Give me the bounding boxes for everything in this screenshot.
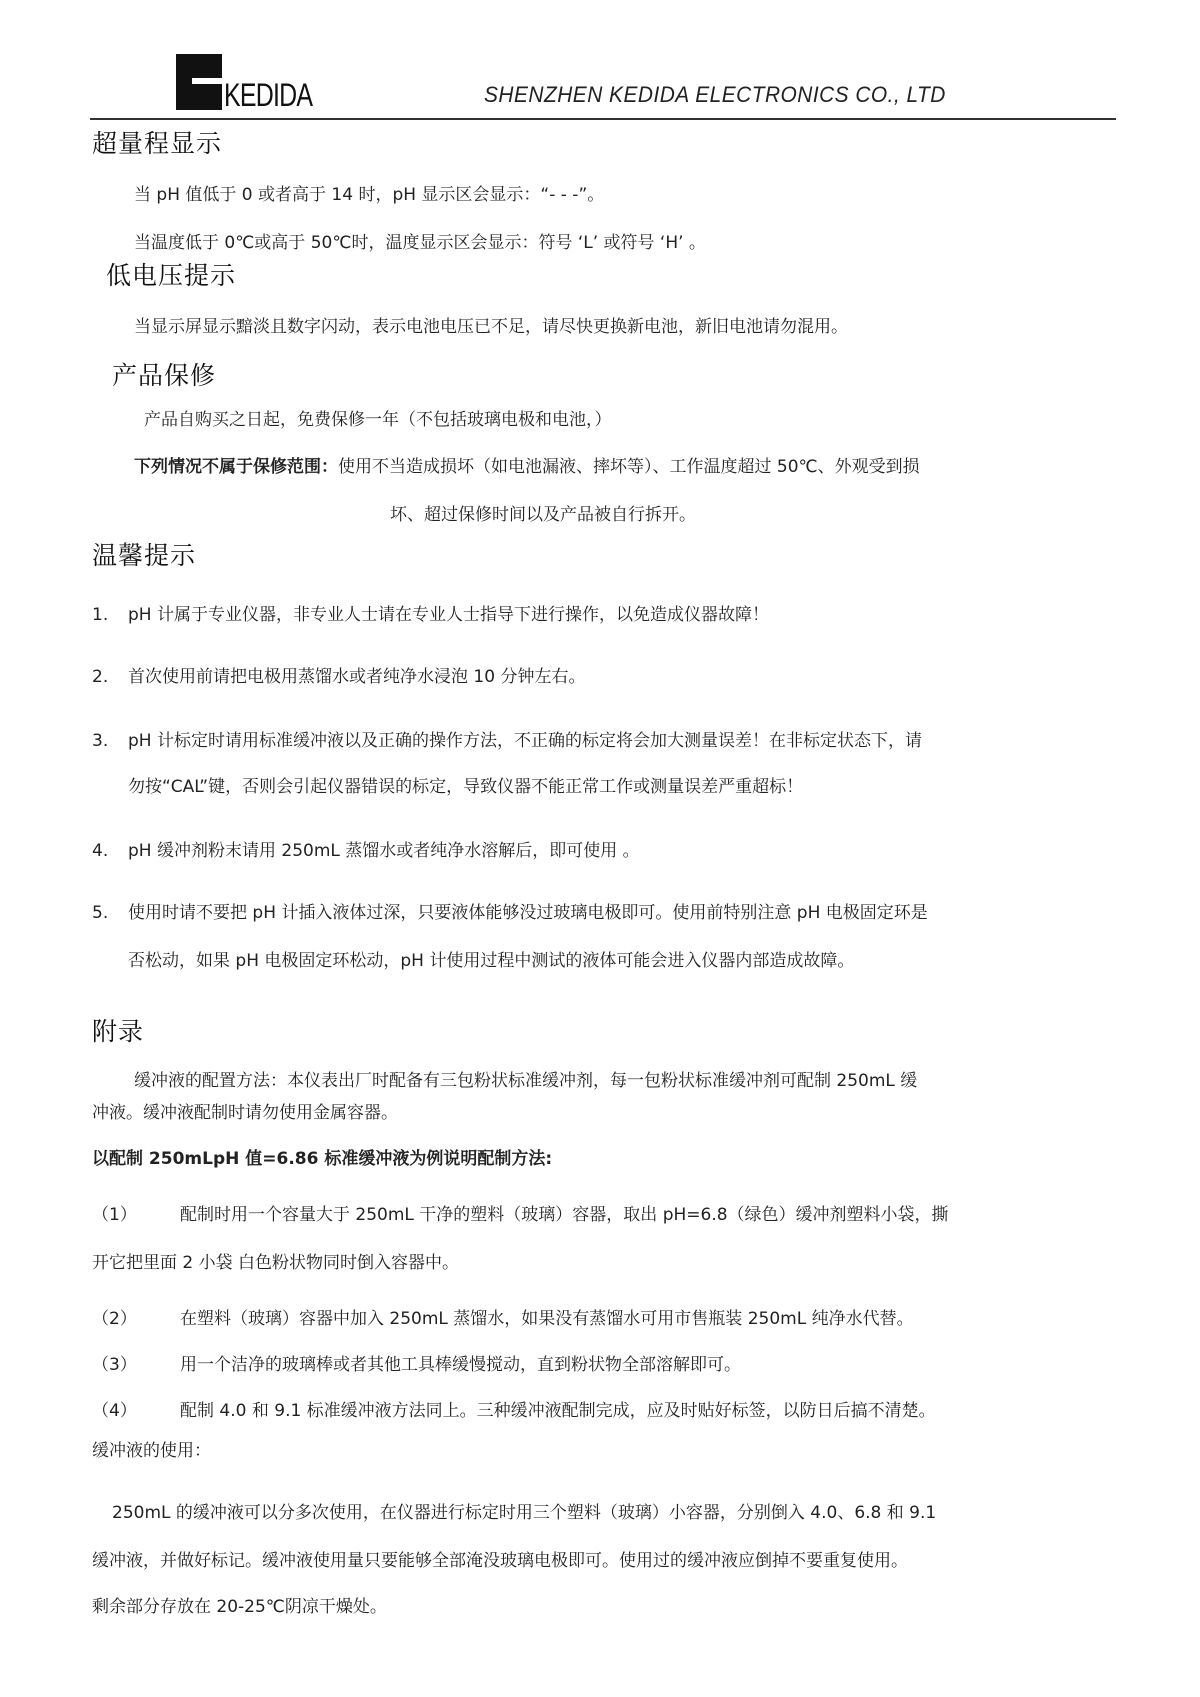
tip-text: pH 计属于专业仪器，非专业人士请在专业人士指导下进行操作，以免造成仪器故障！ bbox=[128, 605, 769, 625]
section-title-warranty: 产品保修 bbox=[112, 356, 216, 392]
appendix-intro-line-2: 冲液。缓冲液配制时请勿使用金属容器。 bbox=[92, 1098, 398, 1123]
section-title-overrange: 超量程显示 bbox=[92, 124, 222, 160]
section-title-low-voltage: 低电压提示 bbox=[106, 256, 236, 292]
warranty-exclusion-text-2: 坏、超过保修时间以及产品被自行拆开。 bbox=[390, 500, 696, 525]
step-number: （4） bbox=[92, 1396, 180, 1421]
tip-number: 2. bbox=[92, 667, 128, 687]
logo-mark-top bbox=[176, 54, 222, 78]
section-title-appendix: 附录 bbox=[92, 1012, 144, 1048]
kedida-logo: KEDIDA bbox=[176, 54, 346, 110]
appendix-usage-line-1: 250mL 的缓冲液可以分多次使用，在仪器进行标定时用三个塑料（玻璃）小容器，分… bbox=[112, 1498, 936, 1523]
overrange-line-1: 当 pH 值低于 0 或者高于 14 时，pH 显示区会显示：“- - -”。 bbox=[134, 180, 604, 205]
appendix-intro-line-1: 缓冲液的配置方法：本仪表出厂时配备有三包粉状标准缓冲剂，每一包粉状标准缓冲剂可配… bbox=[134, 1066, 917, 1091]
warranty-exclusion: 下列情况不属于保修范围：使用不当造成损坏（如电池漏液、摔坏等）、工作温度超过 5… bbox=[134, 452, 920, 477]
logo-mark-bottom bbox=[176, 84, 222, 110]
tip-number: 5. bbox=[92, 903, 128, 923]
tip-number: 4. bbox=[92, 841, 128, 861]
appendix-usage-line-3: 剩余部分存放在 20-25℃阴凉干燥处。 bbox=[92, 1592, 387, 1617]
appendix-step-4: （4）配制 4.0 和 9.1 标准缓冲液方法同上。三种缓冲液配制完成，应及时贴… bbox=[92, 1396, 936, 1421]
low-voltage-line-1: 当显示屏显示黯淡且数字闪动，表示电池电压已不足，请尽快更换新电池，新旧电池请勿混… bbox=[134, 312, 848, 337]
warranty-line-1: 产品自购买之日起，免费保修一年（不包括玻璃电极和电池，） bbox=[144, 405, 612, 430]
tip-number: 3. bbox=[92, 731, 128, 751]
tip-item-5-line-2: 否松动，如果 pH 电极固定环松动，pH 计使用过程中测试的液体可能会进入仪器内… bbox=[128, 946, 854, 971]
tip-item-1: 1.pH 计属于专业仪器，非专业人士请在专业人士指导下进行操作，以免造成仪器故障… bbox=[92, 600, 769, 625]
step-number: （3） bbox=[92, 1350, 180, 1375]
appendix-step-3: （3）用一个洁净的玻璃棒或者其他工具棒缓慢搅动，直到粉状物全部溶解即可。 bbox=[92, 1350, 741, 1375]
tip-text: 使用时请不要把 pH 计插入液体过深，只要液体能够没过玻璃电极即可。使用前特别注… bbox=[128, 903, 928, 923]
appendix-step-1: （1）配制时用一个容量大于 250mL 干净的塑料（玻璃）容器，取出 pH=6.… bbox=[92, 1200, 949, 1225]
warranty-exclusion-text: 使用不当造成损坏（如电池漏液、摔坏等）、工作温度超过 50℃、外观受到损 bbox=[338, 457, 920, 477]
tip-text: 首次使用前请把电极用蒸馏水或者纯净水浸泡 10 分钟左右。 bbox=[128, 667, 585, 687]
appendix-usage-title: 缓冲液的使用： bbox=[92, 1436, 211, 1461]
warranty-exclusion-label: 下列情况不属于保修范围： bbox=[134, 457, 338, 477]
step-text: 用一个洁净的玻璃棒或者其他工具棒缓慢搅动，直到粉状物全部溶解即可。 bbox=[180, 1355, 741, 1375]
tip-text: pH 计标定时请用标准缓冲液以及正确的操作方法，不正确的标定将会加大测量误差！在… bbox=[128, 731, 922, 751]
step-text: 配制 4.0 和 9.1 标准缓冲液方法同上。三种缓冲液配制完成，应及时贴好标签… bbox=[180, 1401, 936, 1421]
step-text: 在塑料（玻璃）容器中加入 250mL 蒸馏水，如果没有蒸馏水可用市售瓶装 250… bbox=[180, 1309, 914, 1329]
tip-item-3: 3.pH 计标定时请用标准缓冲液以及正确的操作方法，不正确的标定将会加大测量误差… bbox=[92, 726, 922, 751]
company-name: SHENZHEN KEDIDA ELECTRONICS CO., LTD bbox=[484, 82, 946, 108]
tip-text: pH 缓冲剂粉末请用 250mL 蒸馏水或者纯净水溶解后，即可使用 。 bbox=[128, 841, 640, 861]
step-text: 配制时用一个容量大于 250mL 干净的塑料（玻璃）容器，取出 pH=6.8（绿… bbox=[180, 1205, 949, 1225]
section-title-tips: 温馨提示 bbox=[92, 536, 196, 572]
tip-item-2: 2.首次使用前请把电极用蒸馏水或者纯净水浸泡 10 分钟左右。 bbox=[92, 662, 585, 687]
appendix-example-heading: 以配制 250mLpH 值=6.86 标准缓冲液为例说明配制方法: bbox=[92, 1144, 552, 1169]
logo-wordmark: KEDIDA bbox=[224, 79, 312, 111]
header-divider bbox=[90, 118, 1116, 120]
step-number: （1） bbox=[92, 1200, 180, 1225]
tip-item-4: 4.pH 缓冲剂粉末请用 250mL 蒸馏水或者纯净水溶解后，即可使用 。 bbox=[92, 836, 640, 861]
overrange-line-2: 当温度低于 0℃或高于 50℃时，温度显示区会显示：符号 ‘L’ 或符号 ‘H’… bbox=[134, 228, 706, 253]
appendix-usage-line-2: 缓冲液，并做好标记。缓冲液使用量只要能够全部淹没玻璃电极即可。使用过的缓冲液应倒… bbox=[92, 1546, 908, 1571]
tip-item-3-line-2: 勿按“CAL”键，否则会引起仪器错误的标定，导致仪器不能正常工作或测量误差严重超… bbox=[128, 772, 803, 797]
appendix-step-1-line-2: 开它把里面 2 小袋 白色粉状物同时倒入容器中。 bbox=[92, 1248, 459, 1273]
tip-number: 1. bbox=[92, 605, 128, 625]
appendix-step-2: （2）在塑料（玻璃）容器中加入 250mL 蒸馏水，如果没有蒸馏水可用市售瓶装 … bbox=[92, 1304, 914, 1329]
tip-item-5: 5.使用时请不要把 pH 计插入液体过深，只要液体能够没过玻璃电极即可。使用前特… bbox=[92, 898, 928, 923]
step-number: （2） bbox=[92, 1304, 180, 1329]
